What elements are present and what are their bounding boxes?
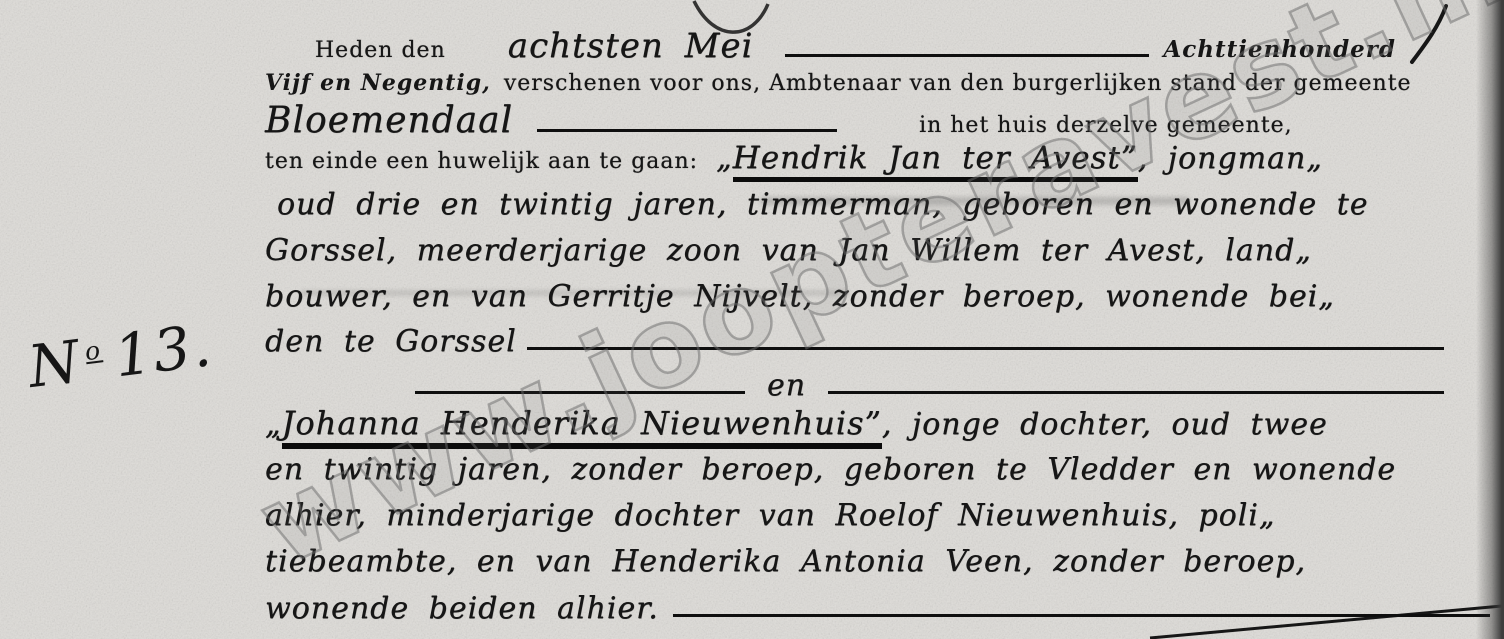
line-bride-residence: wonende beiden alhier. [265,591,1490,626]
scan-edge-shadow [1476,0,1504,639]
bride-mother-text: tiebeambte, en van Henderika Antonia Vee… [265,544,1306,579]
act-number-ordinal: o [83,335,103,366]
printed-year-script: Vijf en Negentig, [265,70,491,96]
blank-rule [785,54,1149,57]
margin-act-number: No13. [25,311,217,401]
open-quote: „ [716,141,733,176]
bride-residence-text: wonende beiden alhier. [265,591,659,626]
conjunction-en: en [767,368,806,403]
handwritten-place: Bloemendaal [265,100,513,141]
groom-residence-text: den te Gorssel [265,324,517,359]
handwritten-date: achtsten Mei [508,26,754,66]
marriage-record-document: www.joopteravest.nl No13. Heden den acht… [0,0,1504,639]
printed-huwelijk: ten einde een huwelijk aan te gaan: [265,149,698,174]
line-groom-residence: den te Gorssel [265,324,1444,359]
act-number-value: 13. [111,311,217,390]
blank-rule [673,614,1490,617]
line-bride-parents-2: tiebeambte, en van Henderika Antonia Vee… [265,544,1444,579]
printed-heden-den: Heden den [315,38,446,63]
open-quote: „ [265,407,282,442]
bride-after-name: , jonge dochter, oud twee [882,407,1328,442]
act-number-prefix: N [25,327,86,401]
blank-rule [828,391,1444,394]
line-groom-name: ten einde een huwelijk aan te gaan: „ He… [265,140,1444,182]
blank-rule [537,129,837,132]
